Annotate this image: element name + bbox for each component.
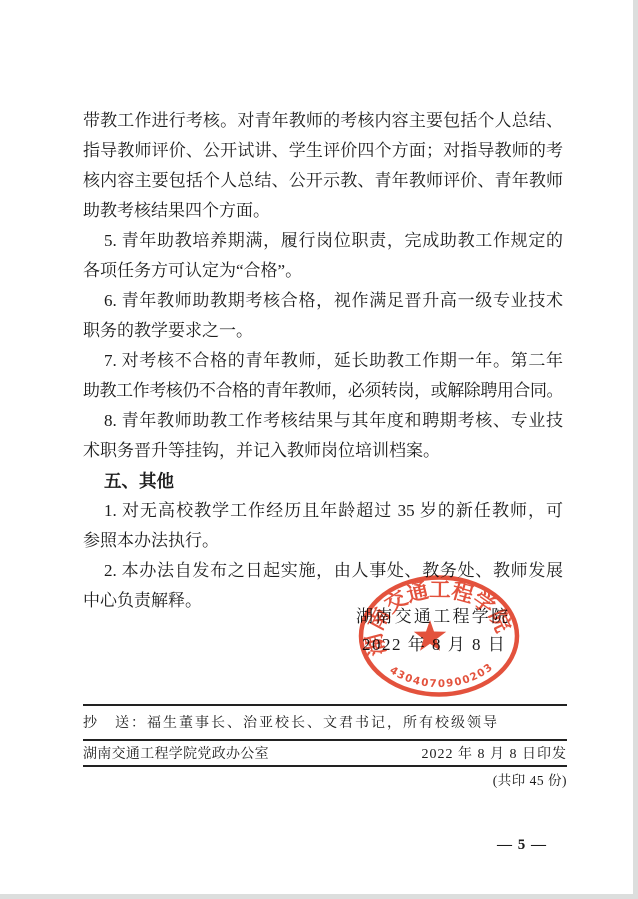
body-line: 职务的教学要求之一。 — [83, 316, 563, 346]
footer-divider-middle — [83, 739, 567, 741]
signature-date: 2022 年 8 月 8 日 — [362, 633, 506, 657]
body-line: 指导教师评价、公开试讲、学生评价四个方面；对指导教师的考 — [83, 136, 563, 166]
body-line: 8. 青年教师助教工作考核结果与其年度和聘期考核、专业技 — [83, 406, 563, 436]
body-line: 1. 对无高校教学工作经历且年龄超过 35 岁的新任教师，可 — [83, 496, 563, 526]
body-line: 助教考核结果四个方面。 — [83, 196, 563, 226]
issuing-office: 湖南交通工程学院党政办公室 — [83, 743, 269, 763]
copies-count: (共印 45 份) — [83, 771, 567, 791]
body-line: 7. 对考核不合格的青年教师，延长助教工作期一年。第二年 — [83, 346, 563, 376]
print-date: 2022 年 8 月 8 日印发 — [422, 743, 568, 763]
signature-organization: 湖南交通工程学院 — [356, 605, 510, 629]
document-page: 带教工作进行考核。对青年教师的考核内容主要包括个人总结、指导教师评价、公开试讲、… — [0, 0, 638, 899]
body-line: 参照本办法执行。 — [83, 526, 563, 556]
body-line: 五、其他 — [83, 466, 563, 496]
body-line: 术职务晋升等挂钩，并记入教师岗位培训档案。 — [83, 436, 563, 466]
page-edge-bottom — [0, 894, 638, 899]
page-edge-right — [633, 0, 638, 899]
body-line: 核内容主要包括个人总结、公开示教、青年教师评价、青年教师 — [83, 166, 563, 196]
body-line: 5. 青年助教培养期满，履行岗位职责，完成助教工作规定的 — [83, 226, 563, 256]
body-line: 6. 青年教师助教期考核合格，视作满足晋升高一级专业技术 — [83, 286, 563, 316]
page-number: — 5 — — [83, 837, 563, 854]
seal-code: 4304070900203 — [387, 661, 495, 690]
copy-to-line: 抄 送：福生董事长、治亚校长、文君书记，所有校级领导 — [83, 711, 567, 737]
body-line: 各项任务方可认定为“合格”。 — [83, 256, 563, 286]
body-line: 2. 本办法自发布之日起实施，由人事处、教务处、教师发展 — [83, 556, 563, 586]
document-body: 带教工作进行考核。对青年教师的考核内容主要包括个人总结、指导教师评价、公开试讲、… — [83, 106, 563, 616]
body-line: 带教工作进行考核。对青年教师的考核内容主要包括个人总结、 — [83, 106, 563, 136]
footer-divider-bottom — [83, 765, 567, 767]
footer-divider-top — [83, 704, 567, 706]
issuer-row: 湖南交通工程学院党政办公室 2022 年 8 月 8 日印发 — [83, 742, 567, 764]
body-line: 助教工作考核仍不合格的青年教师，必须转岗，或解除聘用合同。 — [83, 376, 563, 406]
